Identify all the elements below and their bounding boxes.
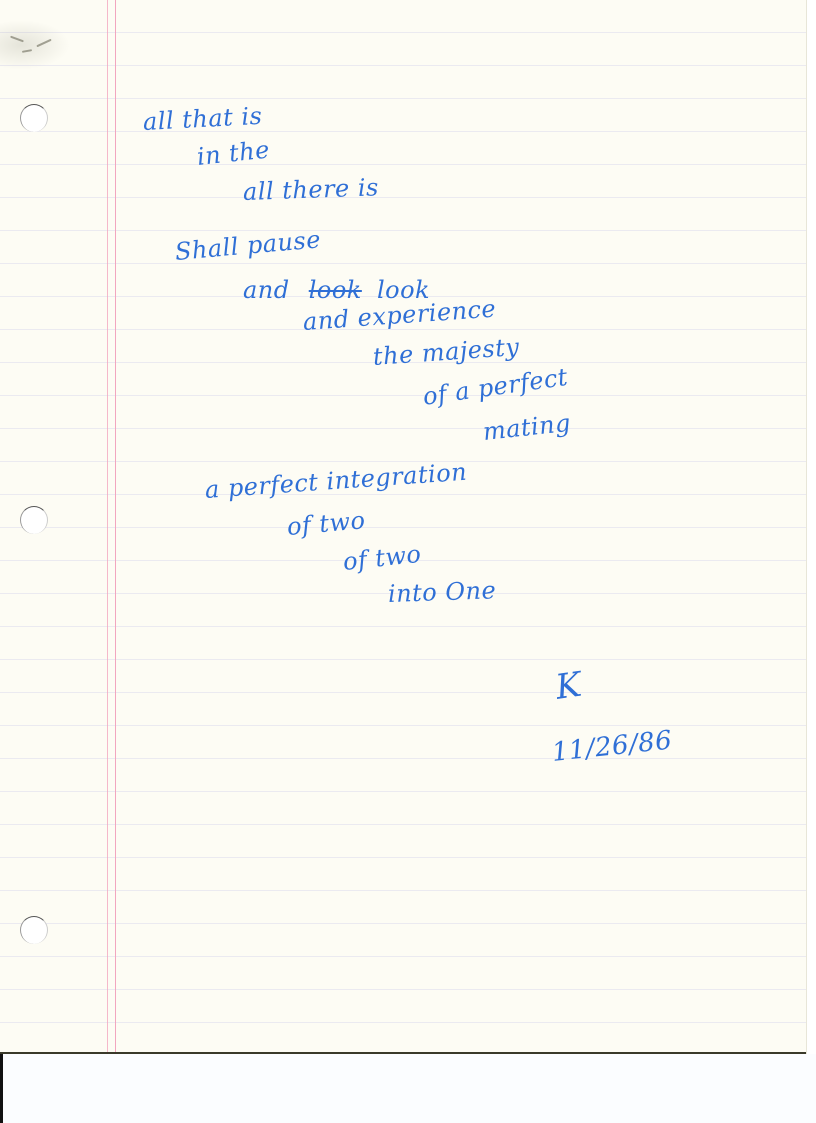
poem-line: of two — [342, 540, 423, 576]
punch-hole — [20, 506, 48, 534]
signature-initial: K — [553, 665, 584, 708]
poem-line: mating — [482, 409, 573, 446]
margin-line — [107, 0, 108, 1052]
scan-background — [0, 1054, 816, 1123]
struck-word: look — [309, 276, 362, 304]
scan-edge — [0, 1054, 3, 1123]
poem-line: a perfect integration — [204, 458, 468, 504]
notebook-page: all that is in the all there is Shall pa… — [0, 0, 806, 1054]
poem-line: all there is — [243, 173, 380, 206]
punch-hole — [20, 104, 48, 132]
punch-hole — [20, 916, 48, 944]
poem-line-corrected: and look look — [243, 276, 406, 304]
poem-line: of two — [286, 506, 367, 541]
poem-line: the majesty — [372, 333, 520, 371]
margin-line — [115, 0, 116, 1052]
signature-date: 11/26/86 — [550, 725, 673, 767]
poem-word: and — [243, 276, 290, 304]
paper-crease — [0, 20, 70, 70]
poem-line: in the — [196, 135, 272, 170]
poem-line: into One — [388, 576, 497, 608]
poem-line: of a perfect — [421, 363, 570, 411]
poem-line: Shall pause — [174, 225, 322, 266]
poem-line: all that is — [142, 102, 263, 136]
